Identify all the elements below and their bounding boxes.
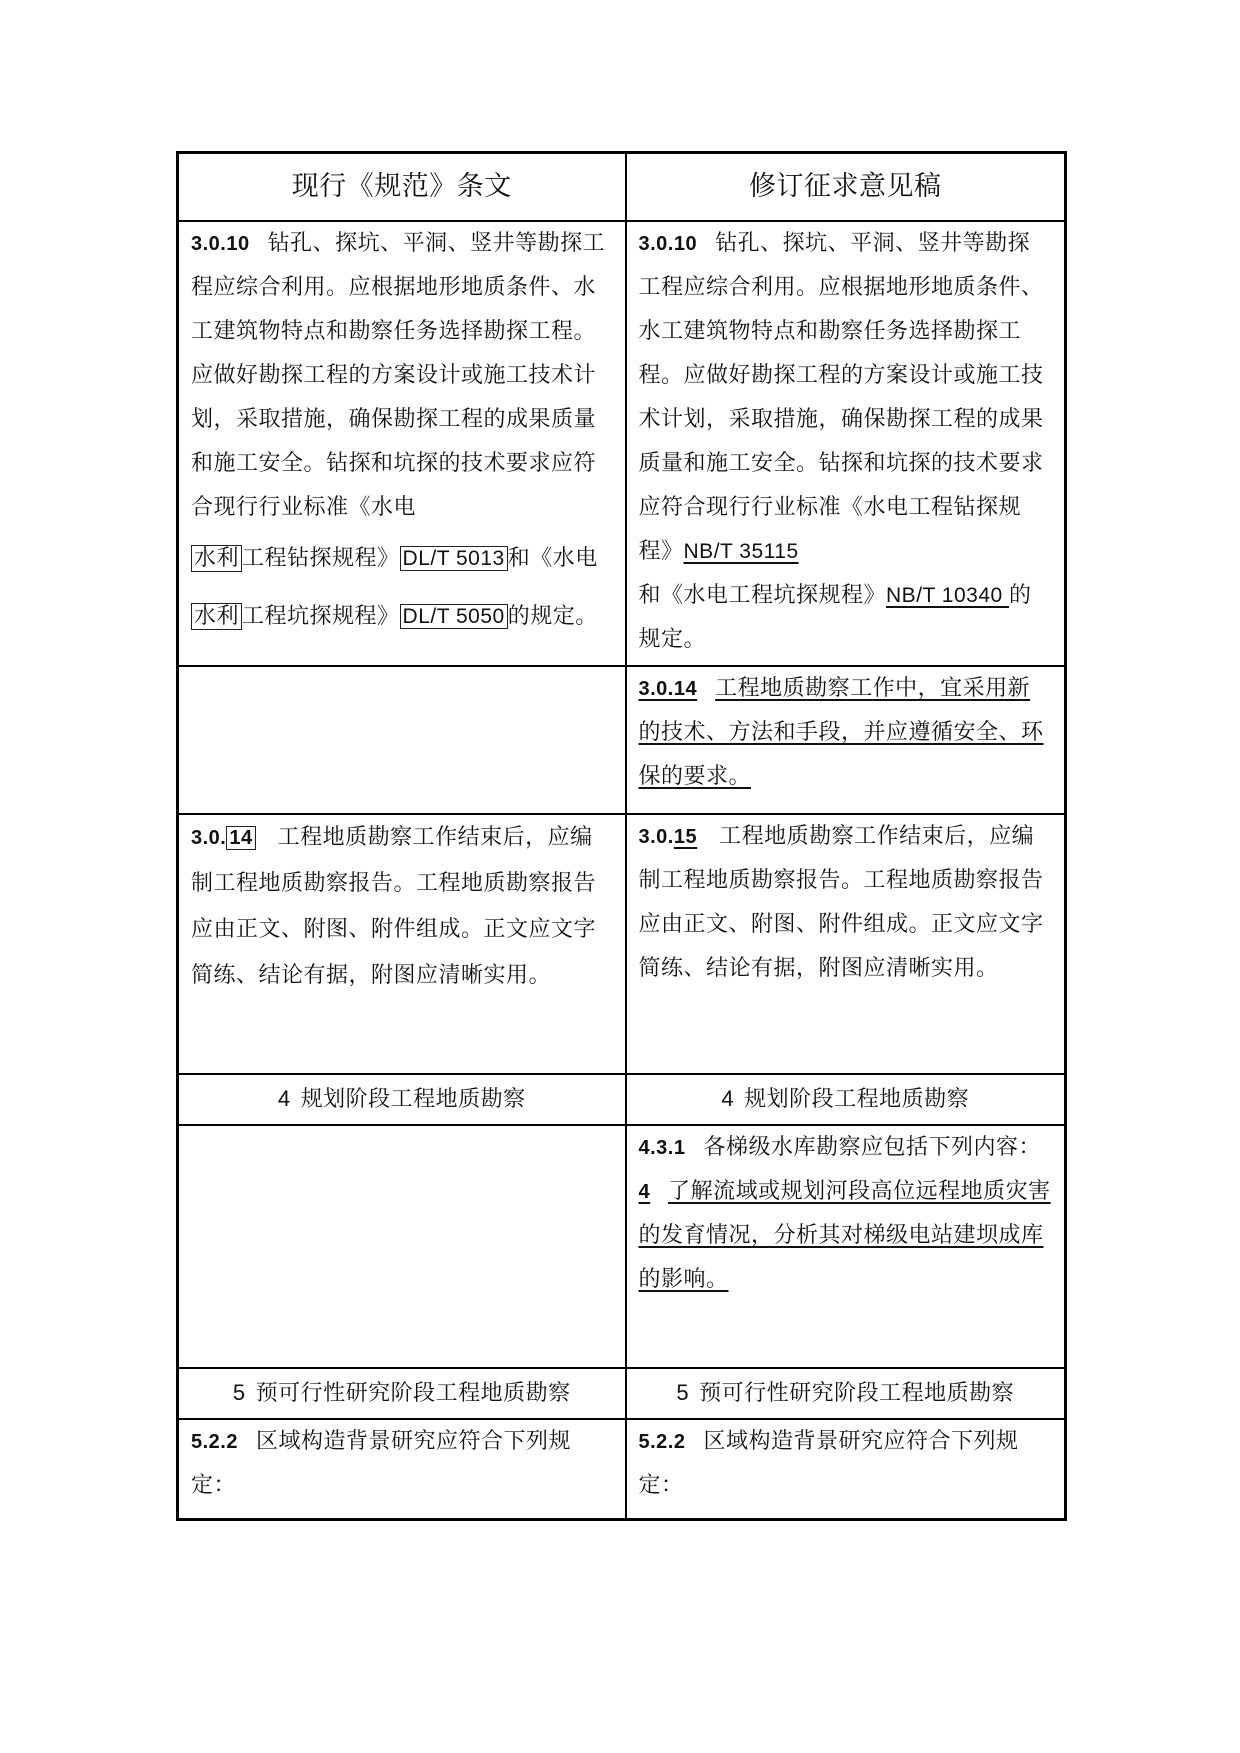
current-clause-5-2-2: 5.2.2区域构造背景研究应符合下列规定： xyxy=(178,1419,626,1519)
clause-text: 工程坑探规程》 xyxy=(242,604,400,629)
table-row: 3.0.10钻孔、探坑、平洞、竖井等勘探工程应综合利用。应根据地形地质条件、水工… xyxy=(178,221,1066,666)
clause-number: 3.0.10 xyxy=(639,233,698,255)
header-current-clause: 现行《规范》条文 xyxy=(178,153,626,222)
section-heading-current: 5预可行性研究阶段工程地质勘察 xyxy=(178,1368,626,1419)
section-number: 5 xyxy=(676,1380,689,1405)
revised-clause-3-0-15: 3.0.15工程地质勘察工作结束后，应编制工程地质勘察报告。工程地质勘察报告应由… xyxy=(626,814,1066,1074)
section-row: 4规划阶段工程地质勘察 4规划阶段工程地质勘察 xyxy=(178,1074,1066,1125)
section-number: 4 xyxy=(721,1086,734,1111)
revised-clause-5-2-2: 5.2.2区域构造背景研究应符合下列规定： xyxy=(626,1419,1066,1519)
section-number: 5 xyxy=(233,1380,246,1405)
table-row: 5.2.2区域构造背景研究应符合下列规定： 5.2.2区域构造背景研究应符合下列… xyxy=(178,1419,1066,1519)
table-row: 3.0.14工程地质勘察工作中，宜采用新的技术、方法和手段，并应遵循安全、环保的… xyxy=(178,666,1066,814)
clause-text: 钻孔、探坑、平洞、竖井等勘探工程应综合利用。应根据地形地质条件、水工建筑物特点和… xyxy=(191,231,605,520)
current-clause-3-0-10: 3.0.10钻孔、探坑、平洞、竖井等勘探工程应综合利用。应根据地形地质条件、水工… xyxy=(178,221,626,666)
table-row: 3.0.14工程地质勘察工作结束后，应编制工程地质勘察报告。工程地质勘察报告应由… xyxy=(178,814,1066,1074)
clause-text: 工程钻探规程》 xyxy=(242,546,400,571)
table-row: 4.3.1各梯级水库勘察应包括下列内容： 4了解流域或规划河段高位远程地质灾害的… xyxy=(178,1125,1066,1368)
standard-code-box: DL/T 5050 xyxy=(400,604,508,629)
standard-code-underlined: NB/T 10340 xyxy=(886,584,1009,607)
section-heading-revised: 4规划阶段工程地质勘察 xyxy=(626,1074,1066,1125)
clause-text: 和《水电工程坑探规程》 xyxy=(639,583,887,608)
clause-text: 工程地质勘察工作结束后，应编制工程地质勘察报告。工程地质勘察报告应由正文、附图、… xyxy=(639,824,1044,981)
section-heading-revised: 5预可行性研究阶段工程地质勘察 xyxy=(626,1368,1066,1419)
document-page: 现行《规范》条文 修订征求意见稿 3.0.10钻孔、探坑、平洞、竖井等勘探工程应… xyxy=(0,0,1240,1753)
clause-number: 3.0.14 xyxy=(639,678,698,700)
current-clause-3-0-14: 3.0.14工程地质勘察工作结束后，应编制工程地质勘察报告。工程地质勘察报告应由… xyxy=(178,814,626,1074)
standard-code-box: DL/T 5013 xyxy=(400,546,508,571)
section-title: 预可行性研究阶段工程地质勘察 xyxy=(256,1381,571,1406)
revised-clause-3-0-14: 3.0.14工程地质勘察工作中，宜采用新的技术、方法和手段，并应遵循安全、环保的… xyxy=(626,666,1066,814)
section-title: 规划阶段工程地质勘察 xyxy=(744,1087,969,1112)
clause-text: 和《水电 xyxy=(508,546,598,571)
deleted-text-box: 水利 xyxy=(191,545,242,572)
changed-number-box: 14 xyxy=(226,826,255,850)
clause-number-prefix: 3.0. xyxy=(191,827,226,849)
table-header-row: 现行《规范》条文 修订征求意见稿 xyxy=(178,153,1066,222)
section-title: 预可行性研究阶段工程地质勘察 xyxy=(699,1381,1014,1406)
clause-text: 区域构造背景研究应符合下列规定： xyxy=(639,1429,1019,1498)
clause-text: 的规定。 xyxy=(508,604,598,629)
clause-text: 区域构造背景研究应符合下列规定： xyxy=(191,1429,571,1498)
clause-text-added: 工程地质勘察工作中，宜采用新的技术、方法和手段，并应遵循安全、环保的要求。 xyxy=(639,676,1044,789)
clause-number: 5.2.2 xyxy=(191,1431,238,1453)
changed-number-underlined: 15 xyxy=(674,826,697,848)
item-number: 4 xyxy=(639,1181,651,1203)
comparison-table: 现行《规范》条文 修订征求意见稿 3.0.10钻孔、探坑、平洞、竖井等勘探工程应… xyxy=(176,151,1067,1521)
revised-clause-3-0-10: 3.0.10钻孔、探坑、平洞、竖井等勘探工程应综合利用。应根据地形地质条件、水工… xyxy=(626,221,1066,666)
clause-number: 3.0.10 xyxy=(191,233,250,255)
clause-number: 3.0.15 xyxy=(639,826,698,848)
clause-text-added: 了解流域或规划河段高位远程地质灾害的发育情况，分析其对梯级电站建坝成库的影响。 xyxy=(639,1179,1051,1292)
section-number: 4 xyxy=(278,1086,291,1111)
current-empty-cell xyxy=(178,1125,626,1368)
clause-number: 3.0.14 xyxy=(191,826,256,850)
clause-text: 各梯级水库勘察应包括下列内容： xyxy=(703,1135,1041,1160)
current-empty-cell xyxy=(178,666,626,814)
section-row: 5预可行性研究阶段工程地质勘察 5预可行性研究阶段工程地质勘察 xyxy=(178,1368,1066,1419)
standard-code-underlined: NB/T 35115 xyxy=(684,540,799,563)
revised-clause-4-3-1: 4.3.1各梯级水库勘察应包括下列内容： 4了解流域或规划河段高位远程地质灾害的… xyxy=(626,1125,1066,1368)
clause-number-prefix: 3.0. xyxy=(639,826,674,848)
section-heading-current: 4规划阶段工程地质勘察 xyxy=(178,1074,626,1125)
header-revised-draft: 修订征求意见稿 xyxy=(626,153,1066,222)
clause-number: 5.2.2 xyxy=(639,1431,686,1453)
clause-text: 钻孔、探坑、平洞、竖井等勘探工程应综合利用。应根据地形地质条件、水工建筑物特点和… xyxy=(639,231,1044,564)
clause-number: 4.3.1 xyxy=(639,1137,686,1159)
deleted-text-box: 水利 xyxy=(191,603,242,630)
section-title: 规划阶段工程地质勘察 xyxy=(301,1087,526,1112)
